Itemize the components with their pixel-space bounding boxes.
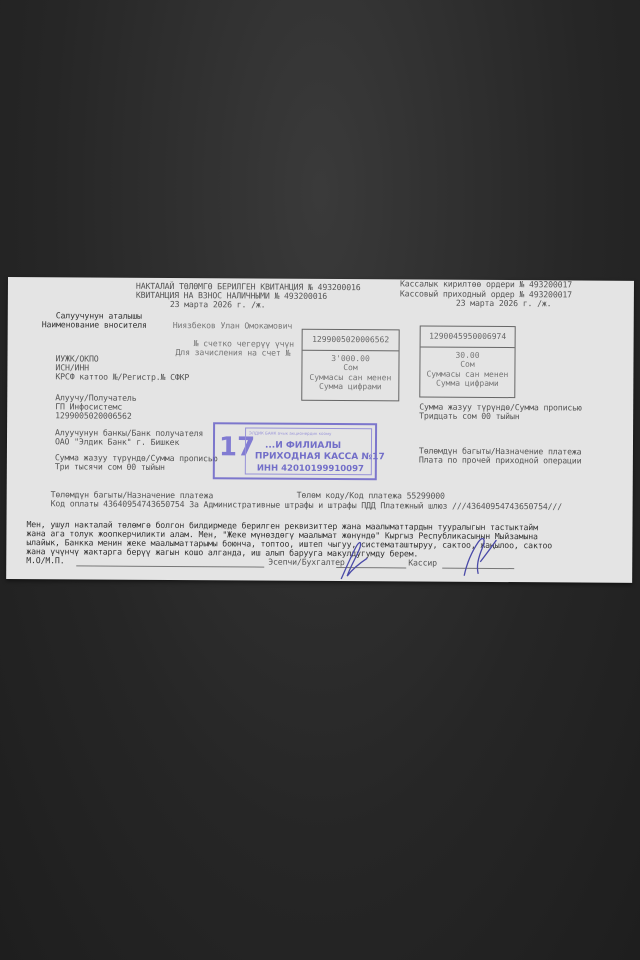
amount-words-value: Три тысячи сом 00 тыйын (55, 462, 165, 472)
fee-purpose-value: Плата по прочей приходной операции (419, 456, 582, 467)
box-fee-amount: 30.00 (421, 351, 515, 361)
payer-name: Ниязбеков Улан Омокамович (173, 321, 293, 331)
recipient-account: 1299005020006562 (55, 411, 132, 421)
box-fee-label-ru: Сумма цифрами (420, 379, 514, 389)
box-main-amount-block: 3'000.00 Сом Суммасы сан менен Сумма циф… (302, 354, 398, 392)
box-fee-account: 1290045950006974 (421, 327, 515, 349)
stamp-line2: ПРИХОДНАЯ КАССА №17 (255, 452, 385, 463)
account-label-ru: Для зачисления на счет № (176, 348, 291, 358)
order-date: 23 марта 2026 г. /ж. (456, 299, 552, 309)
stamp-place-label: М.О/М.П. (26, 556, 64, 566)
box-fee-currency: Сом (420, 360, 514, 370)
bank-name: ОАО "Элдик Банк" г. Бишкек (55, 437, 179, 447)
cashier-label: Кассир (408, 558, 437, 568)
box-main-label-ky: Суммасы сан менен (302, 373, 398, 383)
sfkr-label: КРСФ каттоо №/Регистр.№ СФКР (55, 372, 189, 382)
payer-label-ru: Наименование вносителя (42, 320, 147, 330)
cashier-signature-icon (456, 532, 506, 582)
stamp-line3: ИНН 42010199910097 (257, 464, 364, 475)
stamp-line1: ...И ФИЛИАЛЫ (265, 441, 341, 451)
receipt-date: 23 марта 2026 г. /ж. (170, 300, 266, 310)
payment-receipt: НАКТАЛАЙ ТӨЛӨМГӨ БЕРИЛГЕН КВИТАНЦИЯ № 49… (6, 277, 634, 583)
amount-box-main: 1299005020006562 3'000.00 Сом Суммасы са… (301, 329, 399, 402)
fee-amount-words-value: Тридцать сом 00 тыйын (419, 412, 519, 422)
amount-box-fee: 1290045950006974 30.00 Сом Суммасы сан м… (419, 326, 515, 399)
stamp-small-text: ЭЛДИК БАНК ачык акционердик коому (249, 430, 331, 436)
purpose-value: Код оплаты 43640954743650754 За Админист… (51, 499, 562, 512)
box-main-account: 1299005020006562 (303, 330, 399, 352)
cashier-stamp: 17 ЭЛДИК БАНК ачык акционердик коому ...… (213, 422, 377, 480)
box-main-label-ru: Сумма цифрами (302, 382, 398, 392)
box-main-amount: 3'000.00 (302, 354, 398, 364)
box-fee-amount-block: 30.00 Сом Суммасы сан менен Сумма цифрам… (420, 351, 514, 389)
mp-line (76, 565, 264, 567)
box-fee-label-ky: Суммасы сан менен (420, 369, 514, 379)
accountant-signature-icon (331, 534, 381, 584)
box-main-currency: Сом (302, 363, 398, 373)
